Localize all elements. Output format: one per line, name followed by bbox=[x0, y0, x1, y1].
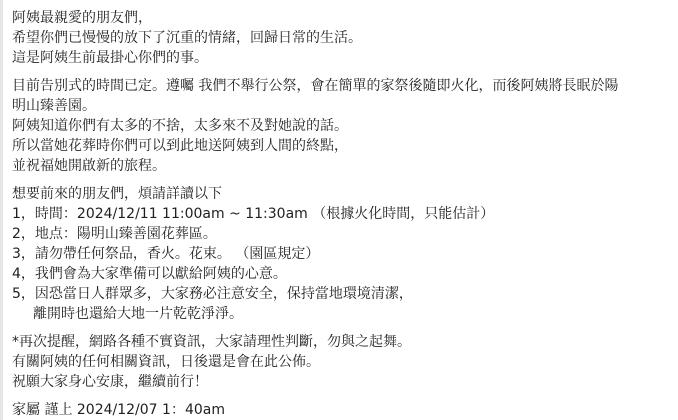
reminder-line-2: 有關阿姨的任何相關資訊，日後還是會在此公佈。 bbox=[12, 352, 672, 372]
announcement-line-5: 並祝福她開啟新的旅程。 bbox=[12, 156, 672, 176]
announcement-line-4: 所以當她花葬時你們可以到此地送阿姨到人間的終點， bbox=[12, 136, 672, 156]
left-border bbox=[0, 0, 3, 420]
greeting-line-3: 這是阿姨生前最掛心你們的事。 bbox=[12, 48, 672, 68]
greeting-line-1: 阿姨最親愛的朋友們， bbox=[12, 8, 672, 28]
reminder-paragraph: *再次提醒，網路各種不實資訊，大家請理性判斷，勿與之起舞。 有關阿姨的任何相關資… bbox=[12, 332, 672, 392]
details-paragraph: 想要前來的朋友們，煩請詳讀以下 1，時間：2024/12/11 11:00am … bbox=[12, 184, 672, 324]
reminder-line-3: 祝願大家身心安康，繼續前行！ bbox=[12, 372, 672, 392]
detail-item-tribute: 4，我們會為大家準備可以獻給阿姨的心意。 bbox=[12, 264, 672, 284]
detail-item-safety-continuation: 離開時也還給大地一片乾乾淨淨。 bbox=[12, 304, 672, 324]
detail-item-location: 2，地点：陽明山臻善園花葬區。 bbox=[12, 224, 672, 244]
detail-item-time: 1，時間：2024/12/11 11:00am ~ 11:30am （根據火化時… bbox=[12, 204, 672, 224]
post-body: 阿姨最親愛的朋友們， 希望你們已慢慢的放下了沉重的情緒，回歸日常的生活。 這是阿… bbox=[12, 8, 672, 420]
announcement-paragraph: 目前告別式的時間已定。遵囑 我們不舉行公祭，會在簡單的家祭後隨即火化，而後阿姨將… bbox=[12, 76, 672, 176]
signature: 家屬 謹上 2024/12/07 1：40am bbox=[12, 400, 672, 420]
greeting-line-2: 希望你們已慢慢的放下了沉重的情緒，回歸日常的生活。 bbox=[12, 28, 672, 48]
greeting-paragraph: 阿姨最親愛的朋友們， 希望你們已慢慢的放下了沉重的情緒，回歸日常的生活。 這是阿… bbox=[12, 8, 672, 68]
announcement-line-3: 阿姨知道你們有太多的不捨，太多來不及對她說的話。 bbox=[12, 116, 672, 136]
announcement-line-1: 目前告別式的時間已定。遵囑 我們不舉行公祭，會在簡單的家祭後隨即火化，而後阿姨將… bbox=[12, 76, 672, 96]
reminder-line-1: *再次提醒，網路各種不實資訊，大家請理性判斷，勿與之起舞。 bbox=[12, 332, 672, 352]
announcement-line-2: 明山臻善園。 bbox=[12, 96, 672, 116]
detail-item-no-offerings: 3，請勿帶任何祭品，香火。花束。 （園區規定） bbox=[12, 244, 672, 264]
details-intro: 想要前來的朋友們，煩請詳讀以下 bbox=[12, 184, 672, 204]
signature-paragraph: 家屬 謹上 2024/12/07 1：40am bbox=[12, 400, 672, 420]
detail-item-safety: 5，因恐當日人群眾多，大家務必注意安全，保持當地環境清潔， bbox=[12, 284, 672, 304]
